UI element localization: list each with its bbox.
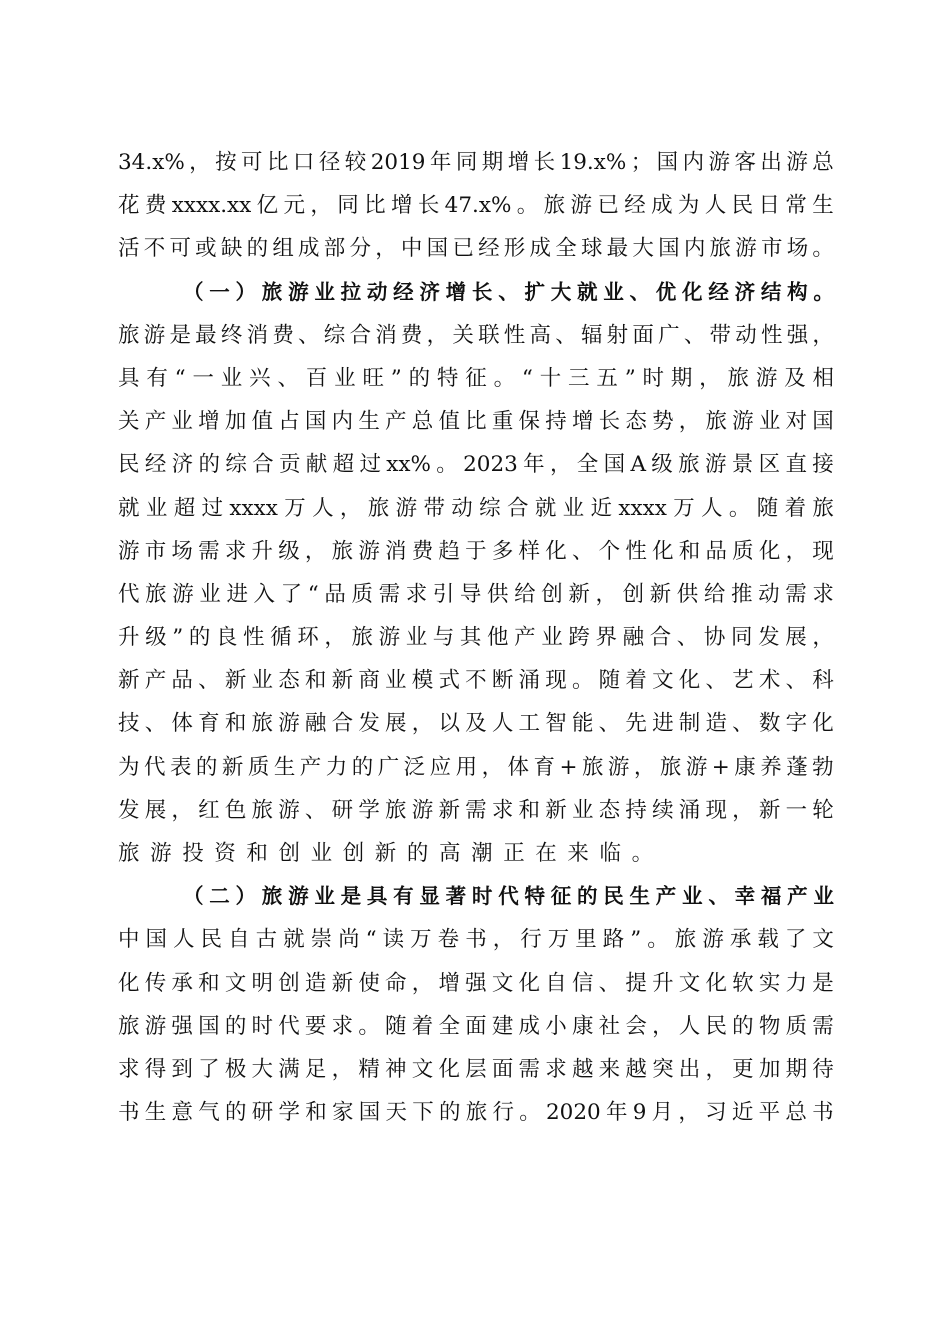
- text-line: 就业超过xxxx万人，旅游带动综合就业近xxxx万人。随着旅: [118, 487, 834, 530]
- text-line: 代旅游业进入了“品质需求引导供给创新，创新供给推动需求: [118, 573, 834, 616]
- text-line: 旅游是最终消费、综合消费，关联性高、辐射面广、带动性强，: [118, 314, 834, 357]
- text-line: 旅游投资和创业创新的高潮正在来临。: [118, 832, 834, 875]
- text-line: 中国人民自古就崇尚“读万卷书，行万里路”。旅游承载了文: [118, 918, 834, 961]
- section-heading-1: （一）旅游业拉动经济增长、扩大就业、优化经济结构。: [118, 271, 834, 314]
- text-line: 发展，红色旅游、研学旅游新需求和新业态持续涌现，新一轮: [118, 789, 834, 832]
- text-line: 活不可或缺的组成部分，中国已经形成全球最大国内旅游市场。: [118, 227, 834, 270]
- text-line: 游市场需求升级，旅游消费趋于多样化、个性化和品质化，现: [118, 530, 834, 573]
- text-line: 化传承和文明创造新使命，增强文化自信、提升文化软实力是: [118, 962, 834, 1005]
- document-page: 34.x%，按可比口径较2019年同期增长19.x%；国内游客出游总 花费xxx…: [118, 141, 834, 1134]
- text-line: 旅游强国的时代要求。随着全面建成小康社会，人民的物质需: [118, 1005, 834, 1048]
- text-line: 34.x%，按可比口径较2019年同期增长19.x%；国内游客出游总: [118, 141, 834, 184]
- text-line: 升级”的良性循环，旅游业与其他产业跨界融合、协同发展，: [118, 616, 834, 659]
- text-line: 技、体育和旅游融合发展，以及人工智能、先进制造、数字化: [118, 702, 834, 745]
- section-heading-2: （二）旅游业是具有显著时代特征的民生产业、幸福产业: [118, 875, 834, 918]
- text-line: 书生意气的研学和家国天下的旅行。2020年9月，习近平总书: [118, 1091, 834, 1134]
- text-line: 关产业增加值占国内生产总值比重保持增长态势，旅游业对国: [118, 400, 834, 443]
- text-line: 为代表的新质生产力的广泛应用，体育+旅游，旅游+康养蓬勃: [118, 746, 834, 789]
- text-line: 新产品、新业态和新商业模式不断涌现。随着文化、艺术、科: [118, 659, 834, 702]
- text-line: 花费xxxx.xx亿元，同比增长47.x%。旅游已经成为人民日常生: [118, 184, 834, 227]
- text-line: 具有“一业兴、百业旺”的特征。“十三五”时期，旅游及相: [118, 357, 834, 400]
- text-line: 求得到了极大满足，精神文化层面需求越来越突出，更加期待: [118, 1048, 834, 1091]
- text-line: 民经济的综合贡献超过xx%。2023年，全国A级旅游景区直接: [118, 443, 834, 486]
